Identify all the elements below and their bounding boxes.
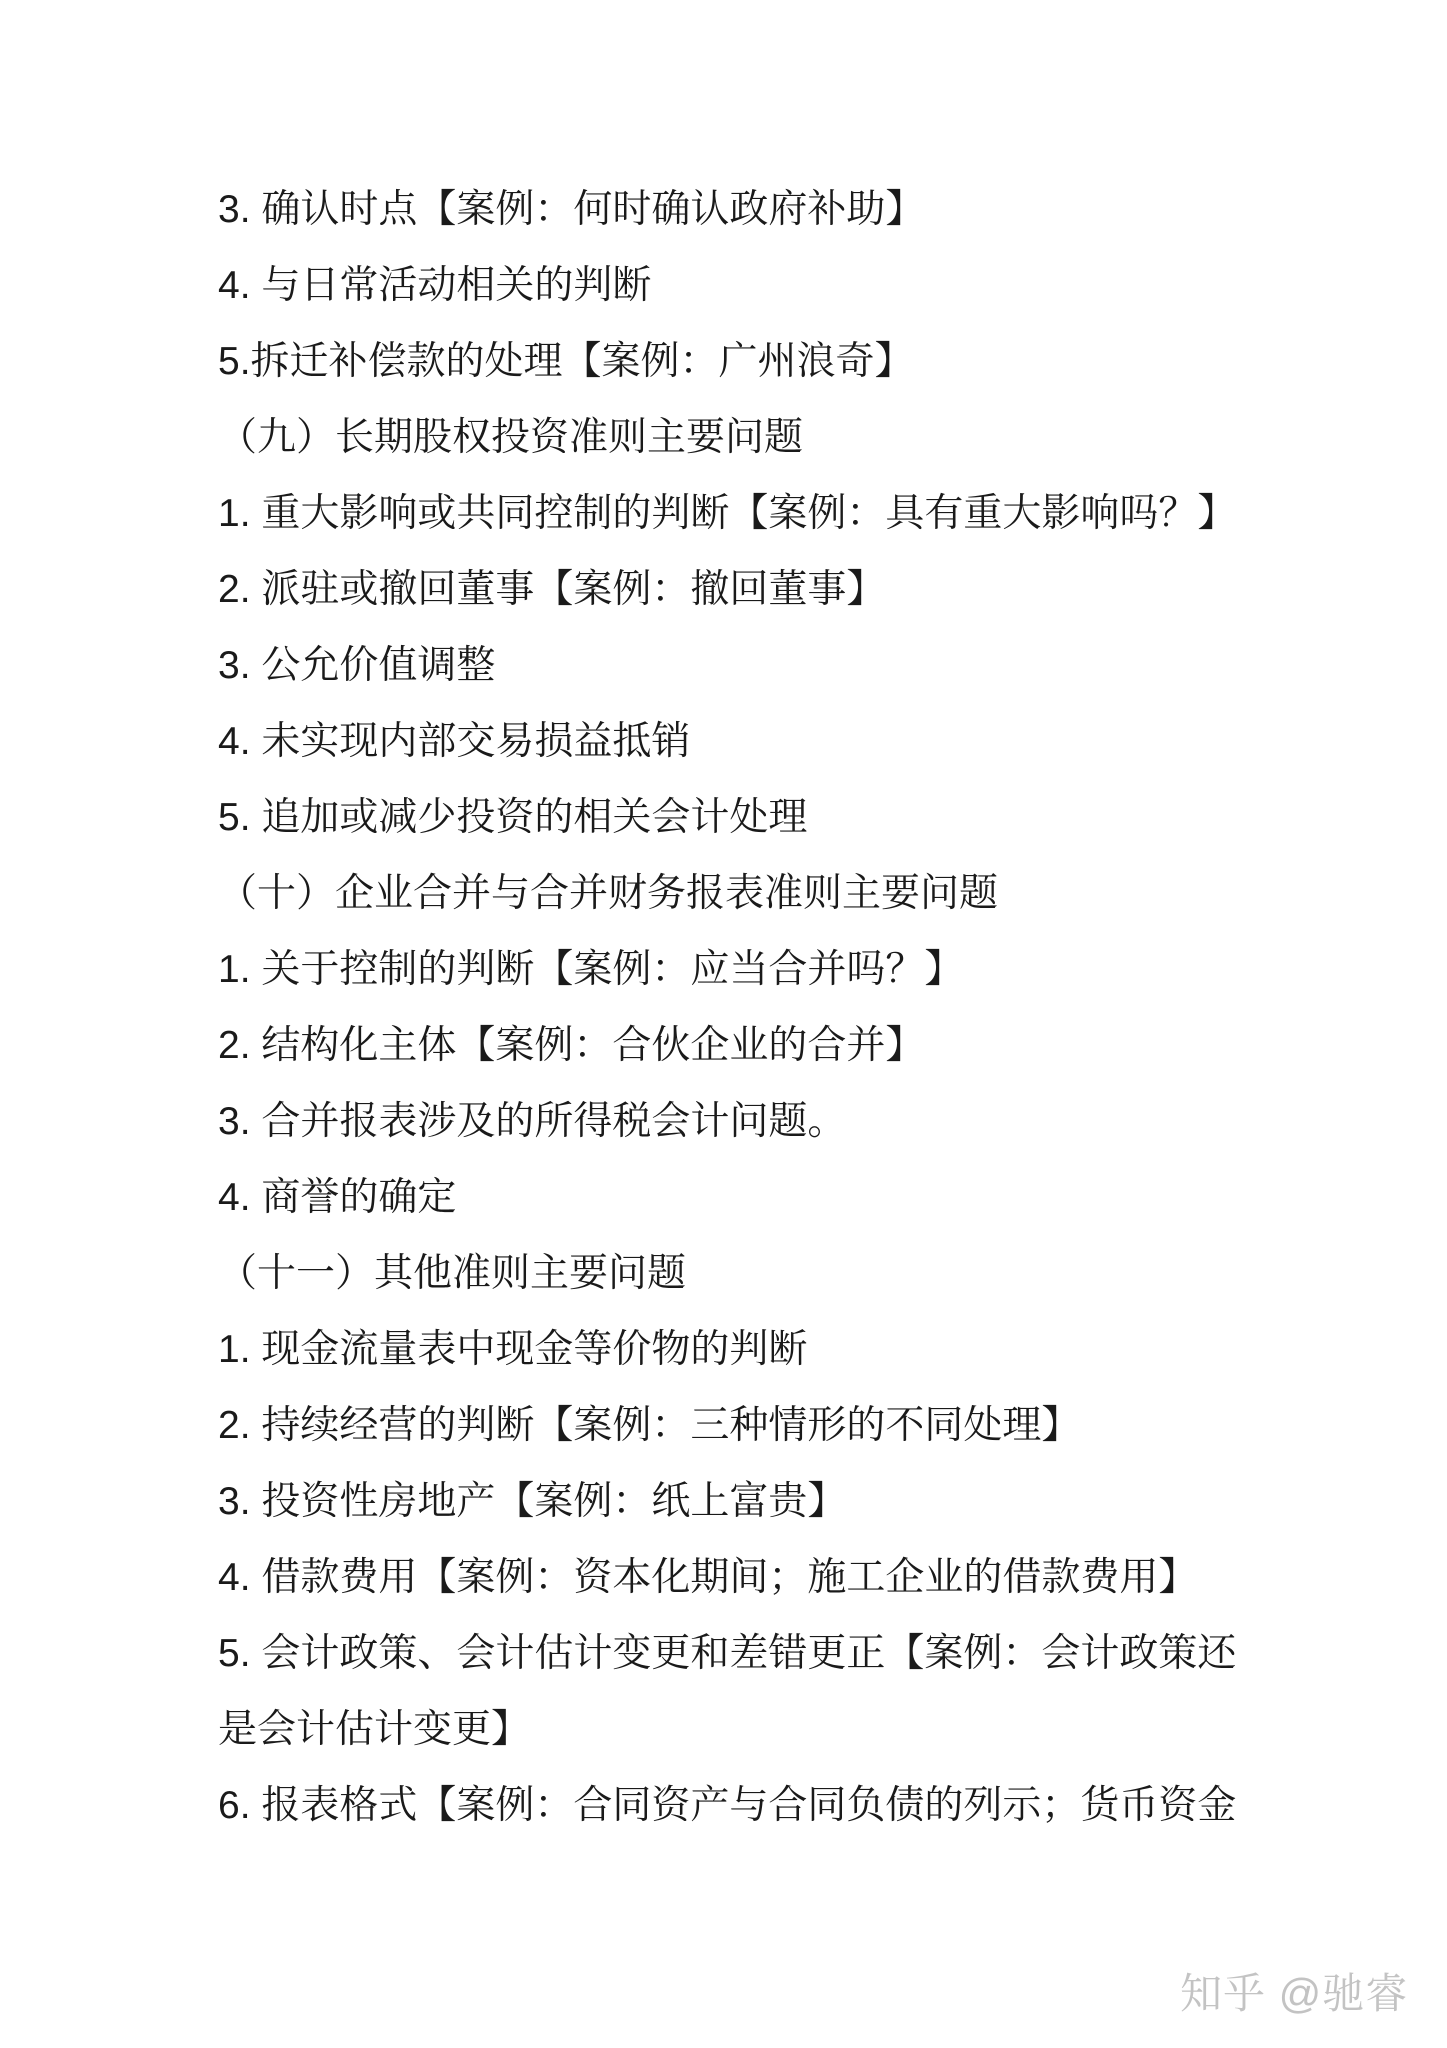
section-heading: （九）长期股权投资准则主要问题 <box>218 400 1236 476</box>
watermark: 知乎 @驰睿 <box>1180 1961 1408 2021</box>
section-heading: （十一）其他准则主要问题 <box>218 1236 1236 1312</box>
outline-item: 2. 结构化主体【案例：合伙企业的合并】 <box>218 1008 1236 1084</box>
outline-item: 3. 合并报表涉及的所得税会计问题。 <box>218 1084 1236 1160</box>
outline-item: 2. 持续经营的判断【案例：三种情形的不同处理】 <box>218 1388 1236 1464</box>
outline-item: 3. 确认时点【案例：何时确认政府补助】 <box>218 172 1236 248</box>
section-heading: （十）企业合并与合并财务报表准则主要问题 <box>218 856 1236 932</box>
outline-item: 5. 会计政策、会计估计变更和差错更正【案例：会计政策还 <box>218 1616 1236 1692</box>
document-page: 3. 确认时点【案例：何时确认政府补助】 4. 与日常活动相关的判断 5.拆迁补… <box>0 0 1447 2048</box>
outline-item: 4. 未实现内部交易损益抵销 <box>218 704 1236 780</box>
outline-item-continuation: 是会计估计变更】 <box>218 1692 1236 1768</box>
outline-item: 4. 商誉的确定 <box>218 1160 1236 1236</box>
outline-item: 6. 报表格式【案例：合同资产与合同负债的列示；货币资金 <box>218 1768 1236 1844</box>
outline-item: 5.拆迁补偿款的处理【案例：广州浪奇】 <box>218 324 1236 400</box>
outline-item: 4. 与日常活动相关的判断 <box>218 248 1236 324</box>
outline-item: 3. 投资性房地产【案例：纸上富贵】 <box>218 1464 1236 1540</box>
outline-item: 4. 借款费用【案例：资本化期间；施工企业的借款费用】 <box>218 1540 1236 1616</box>
outline-item: 1. 关于控制的判断【案例：应当合并吗？】 <box>218 932 1236 1008</box>
outline-item: 3. 公允价值调整 <box>218 628 1236 704</box>
outline-content: 3. 确认时点【案例：何时确认政府补助】 4. 与日常活动相关的判断 5.拆迁补… <box>218 172 1236 1844</box>
outline-item: 1. 现金流量表中现金等价物的判断 <box>218 1312 1236 1388</box>
outline-item: 5. 追加或减少投资的相关会计处理 <box>218 780 1236 856</box>
outline-item: 1. 重大影响或共同控制的判断【案例：具有重大影响吗？】 <box>218 476 1236 552</box>
outline-item: 2. 派驻或撤回董事【案例：撤回董事】 <box>218 552 1236 628</box>
